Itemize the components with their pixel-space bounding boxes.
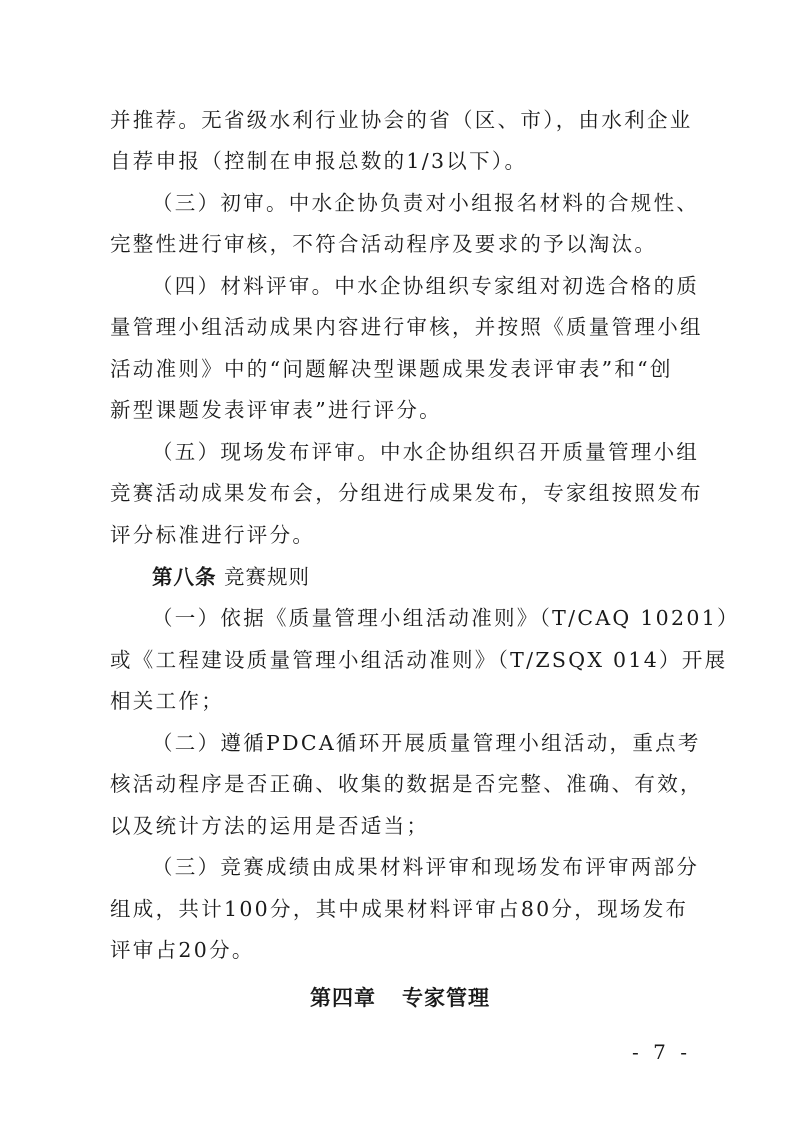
- rule-line: 相关工作；: [110, 687, 690, 715]
- rule-line: 评审占20分。: [110, 936, 690, 964]
- chapter-title: 专家管理: [402, 986, 490, 1010]
- article-number: 第八条: [152, 565, 217, 589]
- paragraph-line: （四）材料评审。中水企协组织专家组对初选合格的质: [152, 272, 690, 300]
- rule-line: 或《工程建设质量管理小组活动准则》（T/ZSQX 014）开展: [110, 646, 690, 674]
- paragraph-line: 新型课题发表评审表”进行评分。: [110, 396, 690, 424]
- article-heading: 第八条 竞赛规则: [152, 563, 690, 591]
- paragraph-line: 自荐申报（控制在申报总数的1/3以下）。: [110, 147, 690, 175]
- paragraph-line: （五）现场发布评审。中水企协组织召开质量管理小组: [152, 438, 690, 466]
- rule-line: 组成，共计100分，其中成果材料评审占80分，现场发布: [110, 895, 690, 923]
- paragraph-line: 活动准则》中的“问题解决型课题成果发表评审表”和“创: [110, 355, 690, 383]
- rule-line: （三）竞赛成绩由成果材料评审和现场发布评审两部分: [152, 853, 690, 881]
- document-page: 并推荐。无省级水利行业协会的省（区、市），由水利企业 自荐申报（控制在申报总数的…: [0, 0, 800, 1131]
- paragraph-line: 评分标准进行评分。: [110, 521, 690, 549]
- rule-line: 核活动程序是否正确、收集的数据是否完整、准确、有效，: [110, 770, 690, 798]
- article-title: 竞赛规则: [224, 565, 310, 589]
- paragraph-line: 并推荐。无省级水利行业协会的省（区、市），由水利企业: [110, 106, 690, 134]
- chapter-number: 第四章: [310, 986, 376, 1010]
- rule-line: 以及统计方法的运用是否适当；: [110, 812, 690, 840]
- paragraph-line: 完整性进行审核，不符合活动程序及要求的予以淘汰。: [110, 230, 690, 258]
- page-number: - 7 -: [632, 1040, 691, 1064]
- chapter-heading: 第四章专家管理: [0, 982, 800, 1012]
- rule-line: （二）遵循PDCA循环开展质量管理小组活动，重点考: [152, 729, 690, 757]
- paragraph-line: 量管理小组活动成果内容进行审核，并按照《质量管理小组: [110, 313, 690, 341]
- paragraph-line: 竞赛活动成果发布会，分组进行成果发布，专家组按照发布: [110, 479, 690, 507]
- paragraph-line: （三）初审。中水企协负责对小组报名材料的合规性、: [152, 189, 690, 217]
- rule-line: （一）依据《质量管理小组活动准则》（T/CAQ 10201）: [152, 604, 690, 632]
